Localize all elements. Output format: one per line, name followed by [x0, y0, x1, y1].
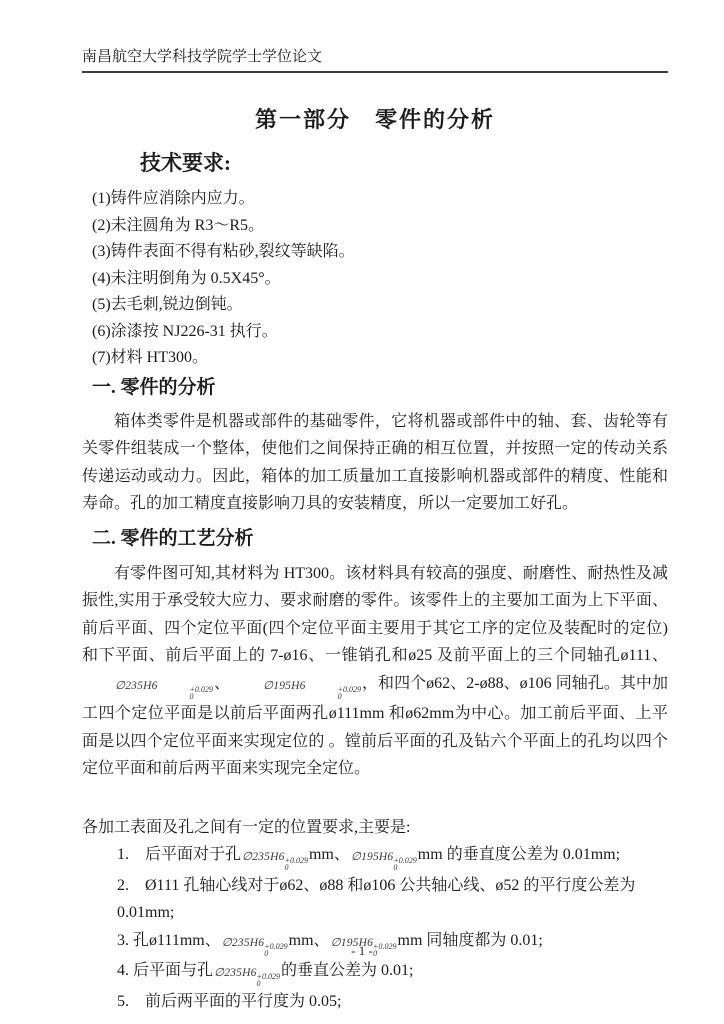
page-title: 第一部分 零件的分析 [82, 105, 668, 135]
page-number: - 1 - [0, 943, 724, 959]
tech-requirements-list: (1)铸件应消除内应力。 (2)未注圆角为 R3～R5。 (3)铸件表面不得有粘… [82, 186, 668, 372]
tech-requirement-item: (1)铸件应消除内应力。 [92, 186, 668, 213]
tolerance-notation-t235: ∅235H6+0.0290 [214, 958, 280, 988]
position-requirement-item: 2. Ø111 孔轴心线对于ø62、ø88 和ø106 公共轴心线、ø52 的平… [117, 872, 668, 927]
position-requirement-item: 1. 后平面对于孔∅235H6+0.0290mm、∅195H6+0.0290mm… [117, 841, 668, 872]
position-requirement-item: 5. 前后两平面的平行度为 0.05; [117, 988, 668, 1016]
document-page: 南昌航空大学科技学院学士学位论文 第一部分 零件的分析 技术要求: (1)铸件应… [0, 0, 724, 1024]
tolerance-notation-t235: ∅235H6+0.0290 [83, 671, 213, 701]
position-requirements-list: 1. 后平面对于孔∅235H6+0.0290mm、∅195H6+0.0290mm… [82, 841, 668, 1015]
section-one-heading: 一. 零件的分析 [92, 376, 668, 400]
tolerance-notation-t195: ∅195H6+0.0290 [351, 842, 417, 872]
header-title: 南昌航空大学科技学院学士学位论文 [82, 49, 322, 65]
position-requirement-item: 4. 后平面与孔∅235H6+0.0290的垂直公差为 0.01; [117, 957, 668, 988]
section-two-heading: 二. 零件的工艺分析 [92, 527, 668, 551]
tech-requirement-item: (4)未注明倒角为 0.5X45°。 [92, 266, 668, 293]
tolerance-notation-t235: ∅235H6+0.0290 [242, 842, 308, 872]
tech-requirement-item: (5)去毛刺,锐边倒钝。 [92, 292, 668, 319]
tolerance-notation-t195: ∅195H6+0.0290 [231, 671, 361, 701]
section-two-paragraph: 有零件图可知,其材料为 HT300。该材料具有较高的强度、耐磨性、耐热性及减振性… [82, 560, 668, 783]
section-one-paragraph: 箱体类零件是机器或部件的基础零件，它将机器或部件中的轴、套、齿轮等有关零件组装成… [82, 408, 668, 518]
tech-requirement-item: (6)涂漆按 NJ226-31 执行。 [92, 319, 668, 346]
position-requirements-intro: 各加工表面及孔之间有一定的位置要求,主要是: [82, 814, 668, 842]
tech-requirement-item: (3)铸件表面不得有粘砂,裂纹等缺陷。 [92, 239, 668, 266]
tech-requirements-heading: 技术要求: [140, 151, 668, 175]
page-header: 南昌航空大学科技学院学士学位论文 [82, 48, 668, 73]
tech-requirement-item: (7)材料 HT300。 [92, 345, 668, 372]
tech-requirement-item: (2)未注圆角为 R3～R5。 [92, 213, 668, 240]
